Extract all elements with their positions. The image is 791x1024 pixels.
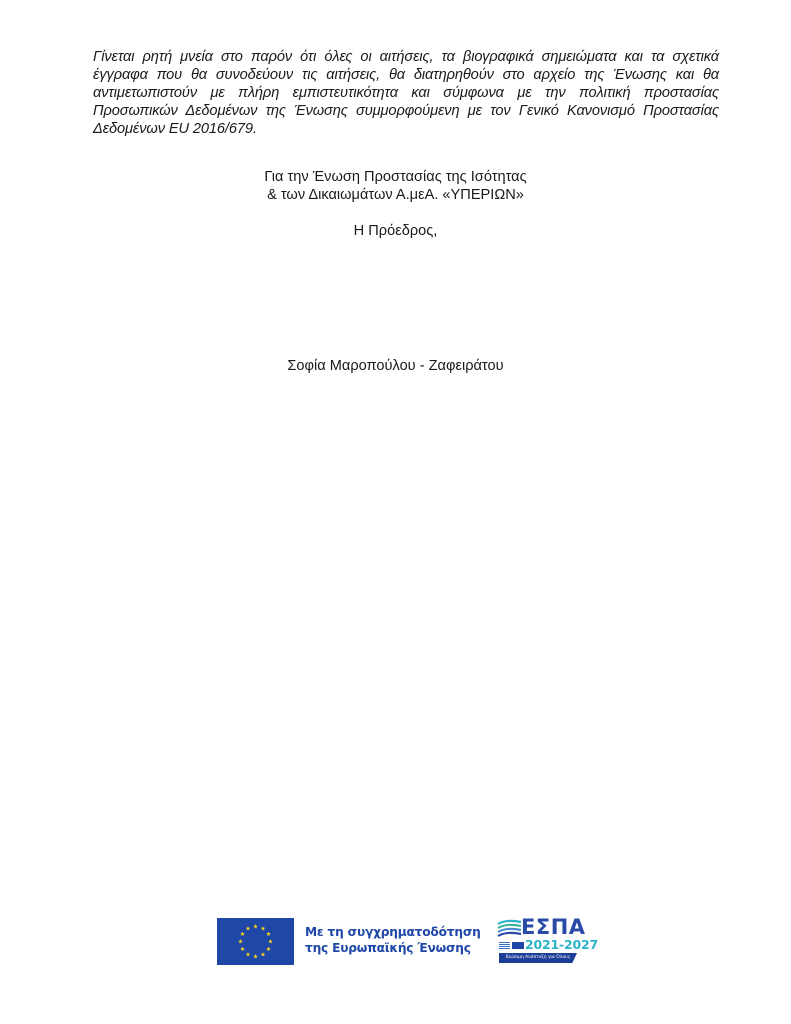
funding-logos: Με τη συγχρηματοδότηση της Ευρωπαϊκής Έν…	[217, 917, 582, 965]
espa-title: ΕΣΠΑ	[521, 916, 586, 938]
espa-years: 2021-2027	[525, 938, 598, 952]
espa-waves-icon	[497, 919, 523, 939]
organization-line-2: & των Δικαιωμάτων Α.μεΑ. «ΥΠΕΡΙΩΝ»	[0, 186, 791, 204]
data-protection-notice: Γίνεται ρητή μνεία στο παρόν ότι όλες οι…	[93, 48, 719, 138]
espa-flags	[499, 941, 527, 950]
document-page: Γίνεται ρητή μνεία στο παρόν ότι όλες οι…	[0, 0, 791, 1024]
espa-tagline: Βιώσιμη Ανάπτυξη για Όλους	[499, 953, 577, 963]
signatory-name: Σοφία Μαροπούλου - Ζαφειράτου	[0, 357, 791, 375]
eu-caption-line-1: Με τη συγχρηματοδότηση	[305, 924, 481, 940]
eu-flag-icon	[217, 918, 294, 965]
eu-cofunding-caption: Με τη συγχρηματοδότηση της Ευρωπαϊκής Έν…	[305, 924, 481, 956]
espa-logo: ΕΣΠΑ 2021-2027 Βιώσιμη Ανάπτυξη για Όλου…	[497, 917, 582, 965]
eu-caption-line-2: της Ευρωπαϊκής Ένωσης	[305, 940, 481, 956]
greek-flag-icon	[499, 942, 510, 949]
eu-mini-flag-icon	[512, 942, 524, 949]
signatory-role: Η Πρόεδρος,	[0, 222, 791, 240]
organization-line-1: Για την Ένωση Προστασίας της Ισότητας	[0, 168, 791, 186]
